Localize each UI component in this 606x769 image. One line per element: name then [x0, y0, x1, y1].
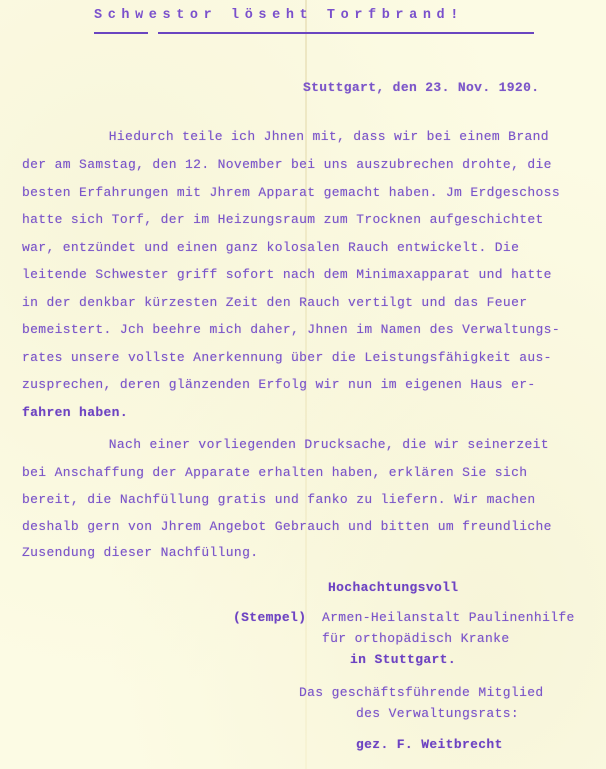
paragraph-1-line: bemeistert. Jch beehre mich daher, Jhnen… [22, 322, 560, 338]
paragraph-1-line: fahren haben. [22, 405, 128, 421]
title-underline-short [94, 32, 148, 34]
institution-line: in Stuttgart. [350, 652, 456, 668]
paragraph-2-line: bereit, die Nachfüllung gratis und fanko… [22, 492, 536, 508]
title-underline-long [158, 32, 534, 34]
paragraph-2-line: Zusendung dieser Nachfüllung. [22, 545, 258, 561]
stamp-label: (Stempel) [233, 610, 306, 626]
signature: gez. F. Weitbrecht [356, 737, 503, 753]
document-title: Schwestor löseht Torfbrand! [94, 8, 464, 23]
paragraph-2-line: bei Anschaffung der Apparate erhalten ha… [22, 465, 527, 481]
institution-line: für orthopädisch Kranke [322, 631, 509, 647]
paragraph-1-line: leitende Schwester griff sofort nach dem… [22, 267, 552, 283]
paragraph-2-line: Nach einer vorliegenden Drucksache, die … [68, 437, 549, 453]
closing-salutation: Hochachtungsvoll [328, 580, 458, 596]
paragraph-2-line: deshalb gern von Jhrem Angebot Gebrauch … [22, 519, 552, 535]
paragraph-1-line: Hiedurch teile ich Jhnen mit, dass wir b… [68, 129, 549, 145]
signatory-role-line: Das geschäftsführende Mitglied [299, 685, 544, 701]
paragraph-1-line: war, entzündet und einen ganz kolosalen … [22, 240, 519, 256]
paragraph-1-line: hatte sich Torf, der im Heizungsraum zum… [22, 212, 544, 228]
paragraph-1-line: zusprechen, deren glänzenden Erfolg wir … [22, 377, 536, 393]
paragraph-1-line: rates unsere vollste Anerkennung über di… [22, 350, 552, 366]
paragraph-1-line: in der denkbar kürzesten Zeit den Rauch … [22, 295, 527, 311]
institution-line: Armen-Heilanstalt Paulinenhilfe [322, 610, 575, 626]
paragraph-1-line: der am Samstag, den 12. November bei uns… [22, 157, 552, 173]
signatory-role-line: des Verwaltungsrats: [356, 706, 519, 722]
place-and-date: Stuttgart, den 23. Nov. 1920. [303, 80, 539, 96]
paragraph-1-line: besten Erfahrungen mit Jhrem Apparat gem… [22, 185, 560, 201]
